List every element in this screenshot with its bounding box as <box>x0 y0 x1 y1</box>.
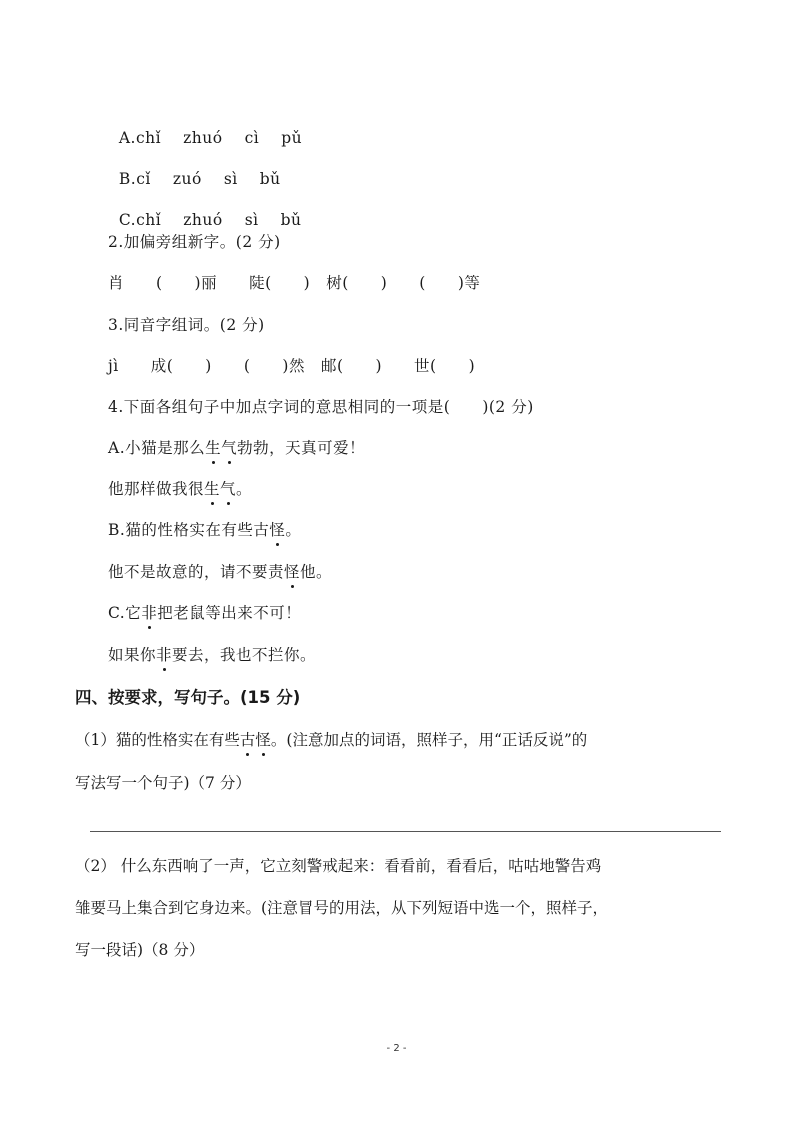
text: 要去，我也不拦你。 <box>172 646 316 664</box>
q1-option-c: C.chǐzhuósìbǔ <box>108 190 302 230</box>
text: A.小猫是那么 <box>108 439 205 457</box>
section4-item1-line2: 写法写一个句子)（7 分） <box>75 773 725 793</box>
syllable: chǐ <box>136 210 161 230</box>
emphasized-char: 生 <box>205 438 221 458</box>
option-label: B. <box>119 169 136 189</box>
emphasized-char: 气 <box>220 479 236 499</box>
section4-item2-line2: 雏要马上集合到它身边来。(注意冒号的用法，从下列短语中选一个，照样子， <box>75 898 725 918</box>
emphasized-char: 古 <box>240 730 256 750</box>
emphasized-char: 怪 <box>269 520 285 540</box>
text: 把老鼠等出来不可！ <box>157 604 301 622</box>
syllable: bǔ <box>281 210 302 230</box>
section4-item2-line3: 写一段话)（8 分） <box>75 940 725 960</box>
text: 他。 <box>300 563 332 581</box>
syllable: zhuó <box>183 128 222 148</box>
section-heading: 四、按要求，写句子。(15 分) <box>75 688 300 708</box>
syllable: bǔ <box>260 169 281 189</box>
q2-title: 2.加偏旁组新字。(2 分) <box>108 232 281 252</box>
answer-line <box>90 831 721 832</box>
q3-blanks-row: jì 成( ) ( )然 邮( ) 世( ) <box>108 356 475 376</box>
q4-option-c-sentence1: C.它非把老鼠等出来不可！ <box>108 603 301 623</box>
text: 。 <box>285 521 301 539</box>
option-label: C. <box>119 210 136 230</box>
q3-title: 3.同音字组词。(2 分) <box>108 315 265 335</box>
section4-item1-line1: （1）猫的性格实在有些古怪。(注意加点的词语，照样子，用“正话反说”的 <box>75 730 725 750</box>
q4-option-a-sentence1: A.小猫是那么生气勃勃，天真可爱！ <box>108 438 365 458</box>
q2-blanks-row: 肖 ( )丽 陡( ) 树( ) ( )等 <box>108 273 480 293</box>
q1-option-b: B.cǐzuósìbǔ <box>108 149 281 189</box>
text: 。 <box>236 480 252 498</box>
text: （1）猫的性格实在有些 <box>75 731 240 749</box>
q4-title: 4.下面各组句子中加点字词的意思相同的一项是( )(2 分) <box>108 397 534 417</box>
syllable: zhuó <box>183 210 222 230</box>
text: 勃勃，天真可爱！ <box>237 439 365 457</box>
text: 。(注意加点的词语，照样子，用“正话反说”的 <box>271 731 587 749</box>
q4-option-b-sentence2: 他不是故意的，请不要责怪他。 <box>108 562 332 582</box>
q1-option-a: A.chǐzhuócìpǔ <box>108 108 302 148</box>
syllable: pǔ <box>281 128 302 148</box>
text: 他那样做我很 <box>108 480 204 498</box>
text: 他不是故意的，请不要责 <box>108 563 284 581</box>
page-number: - 2 - <box>0 1043 793 1054</box>
option-label: A. <box>119 128 136 148</box>
text: B.猫的性格实在有些古 <box>108 521 269 539</box>
q4-option-b-sentence1: B.猫的性格实在有些古怪。 <box>108 520 301 540</box>
q4-option-c-sentence2: 如果你非要去，我也不拦你。 <box>108 645 316 665</box>
emphasized-char: 怪 <box>284 562 300 582</box>
syllable: cì <box>245 128 260 148</box>
emphasized-char: 非 <box>141 603 157 623</box>
syllable: zuó <box>173 169 202 189</box>
syllable: cǐ <box>136 169 151 189</box>
syllable: sì <box>224 169 238 189</box>
section4-item2-line1: （2） 什么东西响了一声，它立刻警戒起来：看看前，看看后，咕咕地警告鸡 <box>75 856 725 876</box>
syllable: sì <box>245 210 259 230</box>
emphasized-char: 气 <box>221 438 237 458</box>
emphasized-char: 怪 <box>255 730 271 750</box>
syllable: chǐ <box>136 128 161 148</box>
q4-option-a-sentence2: 他那样做我很生气。 <box>108 479 252 499</box>
emphasized-char: 生 <box>204 479 220 499</box>
text: C.它 <box>108 604 141 622</box>
emphasized-char: 非 <box>156 645 172 665</box>
text: 如果你 <box>108 646 156 664</box>
